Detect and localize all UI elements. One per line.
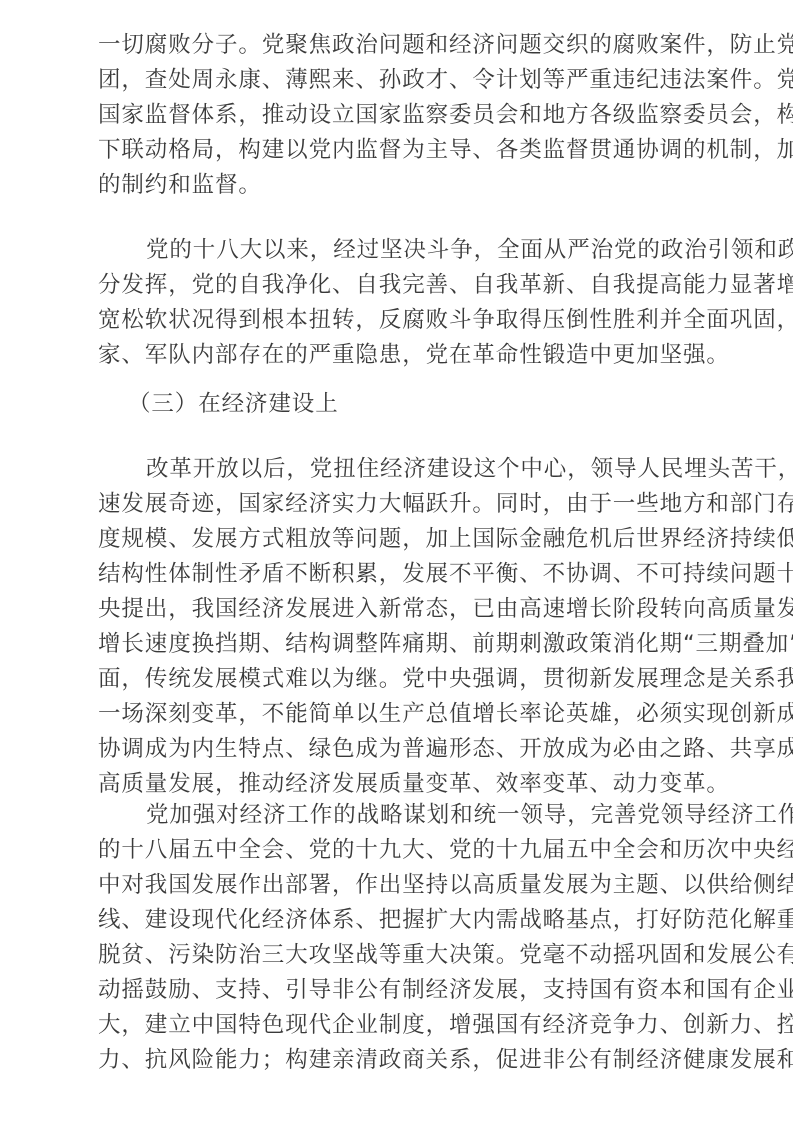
paragraph-line: 下联动格局，构建以党内监督为主导、各类监督贯通协调的机制，加强对权力运行 — [98, 133, 698, 168]
paragraph-line: 协调成为内生特点、绿色成为普遍形态、开放成为必由之路、共享成为根本目的的 — [98, 732, 698, 767]
paragraph-line: 力、抗风险能力；构建亲清政商关系，促进非公有制经济健康发展和非公有制经济 — [98, 1043, 698, 1078]
paragraph-since-18th-congress: 党的十八大以来，经过坚决斗争，全面从严治党的政治引领和政治保障作用充 分发挥，党… — [98, 233, 698, 373]
paragraph-line: 宽松软状况得到根本扭转，反腐败斗争取得压倒性胜利并全面巩固，消除了党、国 — [98, 303, 698, 338]
paragraph-line: 线、建设现代化经济体系、把握扩大内需战略基点，打好防范化解重大风险、精准 — [98, 903, 698, 938]
document-page: 一切腐败分子。党聚焦政治问题和经济问题交织的腐败案件，防止党内形成利益集 团，查… — [0, 0, 793, 1122]
paragraph-anti-corruption-supervision: 一切腐败分子。党聚焦政治问题和经济问题交织的腐败案件，防止党内形成利益集 团，查… — [98, 28, 698, 203]
paragraph-line: 速发展奇迹，国家经济实力大幅跃升。同时，由于一些地方和部门存在片面追求速 — [98, 487, 698, 522]
paragraph-line: 分发挥，党的自我净化、自我完善、自我革新、自我提高能力显著增强，管党治党 — [98, 268, 698, 303]
paragraph-line: 家、军队内部存在的严重隐患，党在革命性锻造中更加坚强。 — [98, 338, 698, 373]
section-heading: （三）在经济建设上 — [128, 387, 339, 422]
paragraph-line: 的十八届五中全会、党的十九大、党的十九届五中全会和历次中央经济工作会议集 — [98, 833, 698, 868]
paragraph-economic-leadership: 党加强对经济工作的战略谋划和统一领导，完善党领导经济工作体制机制。党 的十八届五… — [98, 798, 698, 1078]
paragraph-line: 国家监督体系，推动设立国家监察委员会和地方各级监察委员会，构建巡视巡察上 — [98, 98, 698, 133]
paragraph-line: 党加强对经济工作的战略谋划和统一领导，完善党领导经济工作体制机制。党 — [98, 798, 698, 833]
paragraph-line: 中对我国发展作出部署，作出坚持以高质量发展为主题、以供给侧结构性改革为主 — [98, 868, 698, 903]
paragraph-line: 面，传统发展模式难以为继。党中央强调，贯彻新发展理念是关系我国发展全局的 — [98, 662, 698, 697]
paragraph-line: 高质量发展，推动经济发展质量变革、效率变革、动力变革。 — [98, 767, 698, 802]
paragraph-line: 结构性体制性矛盾不断积累，发展不平衡、不协调、不可持续问题十分突出。党中 — [98, 557, 698, 592]
paragraph-line: 一切腐败分子。党聚焦政治问题和经济问题交织的腐败案件，防止党内形成利益集 — [98, 28, 698, 63]
paragraph-line: 度规模、发展方式粗放等问题，加上国际金融危机后世界经济持续低迷影响，经济 — [98, 522, 698, 557]
paragraph-line: 大，建立中国特色现代企业制度，增强国有经济竞争力、创新力、控制力、影响 — [98, 1008, 698, 1043]
paragraph-line: 团，查处周永康、薄熙来、孙政才、令计划等严重违纪违法案件。党领导完善党和 — [98, 63, 698, 98]
paragraph-line: 改革开放以后，党扭住经济建设这个中心，领导人民埋头苦干，创造出经济快 — [98, 452, 698, 487]
paragraph-line: 党的十八大以来，经过坚决斗争，全面从严治党的政治引领和政治保障作用充 — [98, 233, 698, 268]
paragraph-economic-reform: 改革开放以后，党扭住经济建设这个中心，领导人民埋头苦干，创造出经济快 速发展奇迹… — [98, 452, 698, 802]
paragraph-line: 动摇鼓励、支持、引导非公有制经济发展，支持国有资本和国有企业做强做优做 — [98, 973, 698, 1008]
paragraph-line: 增长速度换挡期、结构调整阵痛期、前期刺激政策消化期“三期叠加”的复杂局 — [98, 627, 698, 662]
paragraph-line: 一场深刻变革，不能简单以生产总值增长率论英雄，必须实现创新成为第一动力、 — [98, 697, 698, 732]
paragraph-line: 央提出，我国经济发展进入新常态，已由高速增长阶段转向高质量发展阶段，面临 — [98, 592, 698, 627]
paragraph-line: 脱贫、污染防治三大攻坚战等重大决策。党毫不动摇巩固和发展公有制经济，毫不 — [98, 938, 698, 973]
paragraph-line: 的制约和监督。 — [98, 168, 698, 203]
